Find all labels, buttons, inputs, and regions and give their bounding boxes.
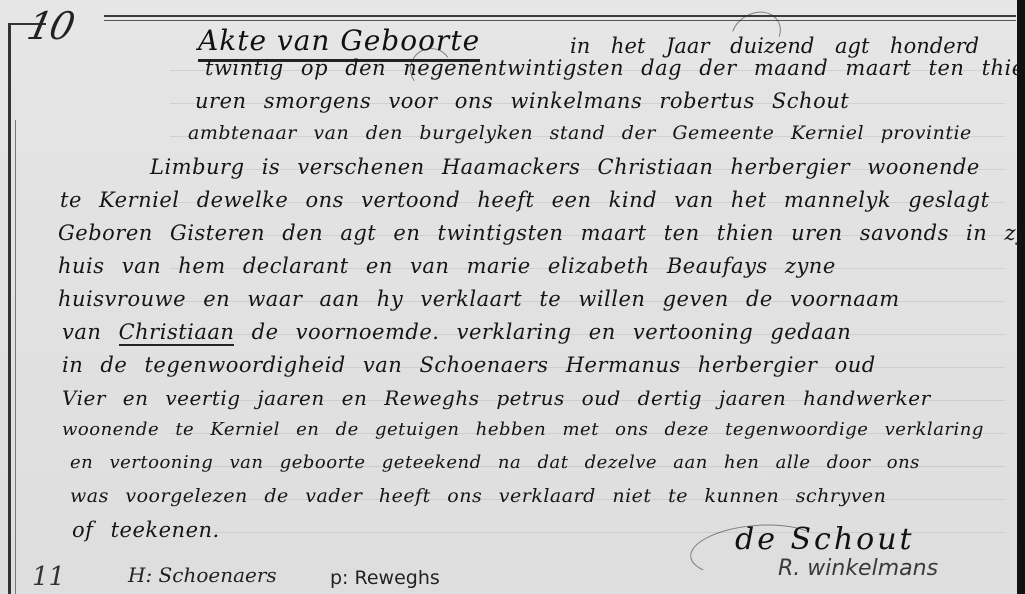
text-line-3: uren smorgens voor ons winkelmans robert… — [195, 89, 849, 113]
text-line-6: te Kerniel dewelke ons vertoond heeft ee… — [60, 188, 990, 212]
text-line-13: woonende te Kerniel en de getuigen hebbe… — [62, 419, 984, 440]
record-number-bottom: 11 — [32, 562, 65, 592]
text-line-1: in het Jaar duizend agt honderd — [570, 34, 979, 58]
frame-rule-top-inner — [104, 20, 1016, 21]
text-line-2: twintig op den negenentwintigsten dag de… — [205, 56, 1025, 80]
text-line-8: huis van hem declarant en van marie eliz… — [58, 254, 836, 278]
text-line-5: Limburg is verschenen Haamackers Christi… — [150, 155, 980, 179]
record-number-top: 10 — [23, 4, 77, 48]
frame-rule-left-inner — [15, 120, 16, 594]
text-line-4: ambtenaar van den burgelyken stand der G… — [188, 122, 972, 144]
text-line-16: of teekenen. — [72, 518, 220, 542]
text-line-12: Vier en veertig jaaren en Reweghs petrus… — [62, 386, 931, 410]
frame-rule-top — [104, 15, 1016, 17]
text-line-7: Geboren Gisteren den agt en twintigsten … — [58, 221, 1025, 245]
text-van: van — [62, 320, 119, 344]
signature-official-title: de Schout — [735, 522, 915, 557]
text-line-15: was voorgelezen de vader heeft ons verkl… — [70, 485, 886, 507]
text-line-14: en vertooning van geboorte geteekend na … — [70, 452, 920, 473]
text-rest: de voornoemde. verklaring en vertooning … — [234, 320, 851, 344]
child-name: Christiaan — [119, 320, 235, 346]
signature-witness-2: p: Reweghs — [330, 567, 440, 589]
signature-witness-1: H: Schoenaers — [128, 563, 277, 587]
text-line-10: van Christiaan de voornoemde. verklaring… — [62, 320, 851, 344]
frame-rule-left — [8, 23, 11, 594]
signature-official: R. winkelmans — [778, 556, 938, 581]
document-page: 10 11 Akte van Geboorte in het Jaar duiz… — [0, 0, 1025, 594]
text-line-11: in de tegenwoordigheid van Schoenaers He… — [62, 353, 876, 377]
text-line-9: huisvrouwe en waar aan hy verklaart te w… — [58, 287, 900, 311]
scan-edge — [1017, 0, 1025, 594]
